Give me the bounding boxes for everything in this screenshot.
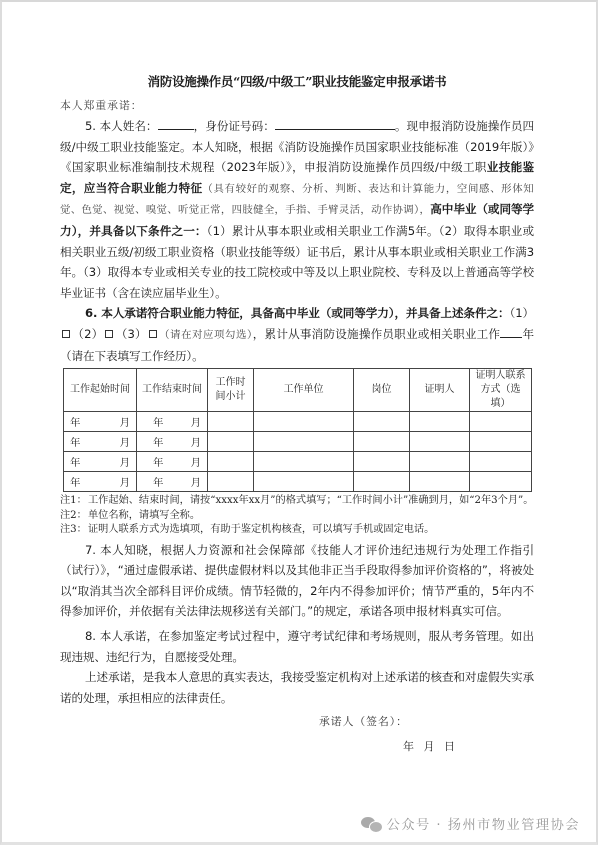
year-label: 年: [70, 434, 80, 449]
work-unit-cell[interactable]: [254, 412, 354, 432]
year-label: 年: [153, 434, 163, 449]
select-hint: （请在对应项勾选）: [159, 329, 253, 341]
header-post: 岗位: [354, 369, 410, 412]
closing-paragraph: 上述承诺，是我本人意思的真实表达，我接受鉴定机构对上述承诺的核查和对虚假失实承诺…: [60, 667, 534, 708]
subtotal-cell[interactable]: [208, 412, 254, 432]
start-time-cell[interactable]: 年月: [64, 432, 137, 452]
salutation: 本人郑重承诺：: [60, 96, 534, 116]
id-number-blank-field[interactable]: [275, 117, 395, 130]
item-5-prefix: 5. 本人姓名：: [85, 119, 158, 133]
commitment-document: 消防设施操作员“四级/中级工”职业技能鉴定申报承诺书 本人郑重承诺： 5. 本人…: [60, 72, 534, 760]
month-label: 月: [120, 414, 130, 429]
witness-cell[interactable]: [410, 472, 470, 492]
years-blank-field[interactable]: [500, 325, 522, 338]
option-3-label: （3）: [115, 327, 146, 341]
header-witness: 证明人: [410, 369, 470, 412]
witness-cell[interactable]: [410, 412, 470, 432]
note-3: 注3：证明人联系方式为选填项，有助于鉴定机构核查，可以填写手机或固定电话。: [60, 523, 534, 538]
header-witness-contact: 证明人联系方式（选填）: [470, 369, 532, 412]
subtotal-cell[interactable]: [208, 432, 254, 452]
end-time-cell[interactable]: 年月: [137, 452, 208, 472]
item-7-paragraph: 7. 本人知晓，根据人力资源和社会保障部《技能人才评价违纪违规行为处理工作指引（…: [60, 540, 534, 622]
month-label: 月: [191, 414, 201, 429]
signature-date: 年 月 日: [403, 738, 455, 754]
post-cell[interactable]: [354, 472, 410, 492]
signature-label: 承诺人（签名）：: [319, 714, 408, 729]
month-label: 月: [191, 474, 201, 489]
fill-hint: （请在下表填写工作经历）。: [60, 349, 204, 363]
header-start-time: 工作起始时间: [64, 369, 137, 412]
header-subtotal: 工作时间小计: [208, 369, 254, 412]
option-3-checkbox[interactable]: [149, 330, 157, 338]
start-time-cell[interactable]: 年月: [64, 412, 137, 432]
witness-cell[interactable]: [410, 452, 470, 472]
table-row: 年月 年月: [64, 452, 532, 472]
post-cell[interactable]: [354, 432, 410, 452]
option-2-checkbox[interactable]: [105, 330, 113, 338]
option-2-label: （2）: [72, 327, 103, 341]
year-label: 年: [70, 454, 80, 469]
table-notes: 注1：工作起始、结束时间，请按“xxxx年xx月”的格式填写；“工作时间小计”准…: [60, 494, 534, 538]
header-end-time: 工作结束时间: [137, 369, 208, 412]
watermark-text: 公众号 · 扬州市物业管理协会: [387, 814, 580, 833]
item-5-paragraph: 5. 本人姓名：，身份证号码：。现申报消防设施操作员四级/中级工职业技能鉴定。本…: [60, 116, 534, 303]
item-6-paragraph: 6. 本人承诺符合职业能力特征，具备高中毕业（或同等学力），并具备上述条件之：（…: [60, 303, 534, 366]
post-cell[interactable]: [354, 452, 410, 472]
month-label: 月: [120, 454, 130, 469]
end-time-cell[interactable]: 年月: [137, 472, 208, 492]
table-header-row: 工作起始时间 工作结束时间 工作时间小计 工作单位 岗位 证明人 证明人联系方式…: [64, 369, 532, 412]
item-6-bold-text: 6. 本人承诺符合职业能力特征，具备高中毕业（或同等学力），并具备上述条件之：: [85, 306, 510, 320]
signature-block: 承诺人（签名）： 年 月 日: [60, 714, 534, 760]
note-text: 证明人联系方式为选填项，有助于鉴定机构核查，可以填写手机或固定电话。: [88, 523, 534, 538]
witness-cell[interactable]: [410, 432, 470, 452]
note-label: 注3：: [60, 523, 88, 538]
document-title: 消防设施操作员“四级/中级工”职业技能鉴定申报承诺书: [60, 72, 534, 92]
year-label: 年: [70, 474, 80, 489]
subtotal-cell[interactable]: [208, 452, 254, 472]
month-label: 月: [191, 454, 201, 469]
note-label: 注1：: [60, 494, 88, 509]
item-8-paragraph: 8. 本人承诺，在参加鉴定考试过程中，遵守考试纪律和考场规则，服从考务管理。如出…: [60, 626, 534, 667]
witness-contact-cell[interactable]: [470, 452, 532, 472]
table-row: 年月 年月: [64, 412, 532, 432]
note-text: 工作起始、结束时间，请按“xxxx年xx月”的格式填写；“工作时间小计”准确到月…: [88, 494, 534, 509]
witness-contact-cell[interactable]: [470, 432, 532, 452]
note-1: 注1：工作起始、结束时间，请按“xxxx年xx月”的格式填写；“工作时间小计”准…: [60, 494, 534, 509]
table-row: 年月 年月: [64, 432, 532, 452]
work-unit-cell[interactable]: [254, 472, 354, 492]
year-label: 年: [153, 414, 163, 429]
note-text: 单位名称，请填写全称。: [88, 509, 534, 524]
item-6-text: ，累计从事消防设施操作员职业或相关职业工作: [253, 327, 500, 341]
work-unit-cell[interactable]: [254, 432, 354, 452]
witness-contact-cell[interactable]: [470, 472, 532, 492]
option-1-checkbox[interactable]: [62, 330, 70, 338]
work-unit-cell[interactable]: [254, 452, 354, 472]
item-5-mid: ，身份证号码：: [194, 119, 275, 133]
start-time-cell[interactable]: 年月: [64, 472, 137, 492]
subtotal-cell[interactable]: [208, 472, 254, 492]
month-label: 月: [120, 474, 130, 489]
post-cell[interactable]: [354, 412, 410, 432]
note-2: 注2：单位名称，请填写全称。: [60, 509, 534, 524]
year-label: 年: [153, 454, 163, 469]
witness-contact-cell[interactable]: [470, 412, 532, 432]
end-time-cell[interactable]: 年月: [137, 432, 208, 452]
month-label: 月: [120, 434, 130, 449]
work-experience-table: 工作起始时间 工作结束时间 工作时间小计 工作单位 岗位 证明人 证明人联系方式…: [63, 368, 532, 492]
wechat-watermark: 公众号 · 扬州市物业管理协会: [361, 814, 580, 833]
name-blank-field[interactable]: [158, 117, 194, 130]
option-1-label: （1）: [510, 306, 534, 320]
years-suffix: 年: [522, 327, 534, 341]
start-time-cell[interactable]: 年月: [64, 452, 137, 472]
year-label: 年: [70, 414, 80, 429]
table-row: 年月 年月: [64, 472, 532, 492]
month-label: 月: [191, 434, 201, 449]
note-label: 注2：: [60, 509, 88, 524]
end-time-cell[interactable]: 年月: [137, 412, 208, 432]
year-label: 年: [153, 474, 163, 489]
header-work-unit: 工作单位: [254, 369, 354, 412]
wechat-icon: [361, 816, 383, 832]
